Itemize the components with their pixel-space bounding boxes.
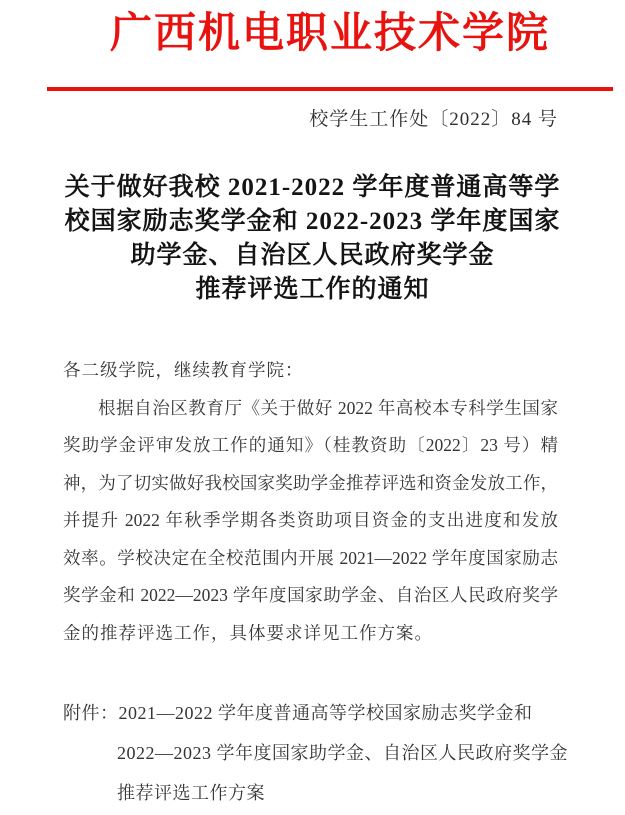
attachment-block: 附件：2021—2022 学年度普通高等学校国家励志奖学金和 2022—2023… <box>63 693 568 813</box>
notice-title-line-4: 推荐评选工作的通知 <box>47 273 578 307</box>
salutation-line: 各二级学院，继续教育学院： <box>63 352 558 390</box>
school-name-title: 广西机电职业技术学院 <box>47 10 613 58</box>
attachment-line-1: 附件：2021—2022 学年度普通高等学校国家励志奖学金和 <box>63 693 568 733</box>
notice-title: 关于做好我校 2021-2022 学年度普通高等学 校国家励志奖学金和 2022… <box>47 171 578 307</box>
doc-number: 校学生工作处〔2022〕84 号 <box>47 110 558 130</box>
notice-title-line-2: 校国家励志奖学金和 2022-2023 学年度国家 <box>47 205 578 239</box>
notice-title-line-3: 助学金、自治区人民政府奖学金 <box>47 239 578 273</box>
notice-title-line-1: 关于做好我校 2021-2022 学年度普通高等学 <box>47 171 578 205</box>
body-line: 奖助学金评审发放工作的通知》（桂教资助〔2022〕23 号）精 <box>63 427 558 465</box>
body-line: 根据自治区教育厅《关于做好 2022 年高校本专科学生国家 <box>63 390 558 428</box>
body-line: 奖学金和 2022—2023 学年度国家助学金、自治区人民政府奖学 <box>63 577 558 615</box>
red-divider-rule <box>47 87 613 91</box>
body-line-last: 金的推荐评选工作，具体要求详见工作方案。 <box>63 615 558 653</box>
masthead: 广西机电职业技术学院 校学生工作处〔2022〕84 号 <box>47 0 613 130</box>
body-line: 并提升 2022 年秋季学期各类资助项目资金的支出进度和发放 <box>63 502 558 540</box>
notice-document: 广西机电职业技术学院 校学生工作处〔2022〕84 号 关于做好我校 2021-… <box>0 0 625 815</box>
body-line: 效率。学校决定在全校范围内开展 2021—2022 学年度国家励志 <box>63 540 558 578</box>
notice-body: 各二级学院，继续教育学院： 根据自治区教育厅《关于做好 2022 年高校本专科学… <box>63 352 558 652</box>
body-line: 神，为了切实做好我校国家奖助学金推荐评选和资金发放工作， <box>63 465 558 503</box>
attachment-line-2: 2022—2023 学年度国家助学金、自治区人民政府奖学金 <box>117 733 568 773</box>
attachment-line-3: 推荐评选工作方案 <box>117 773 568 813</box>
